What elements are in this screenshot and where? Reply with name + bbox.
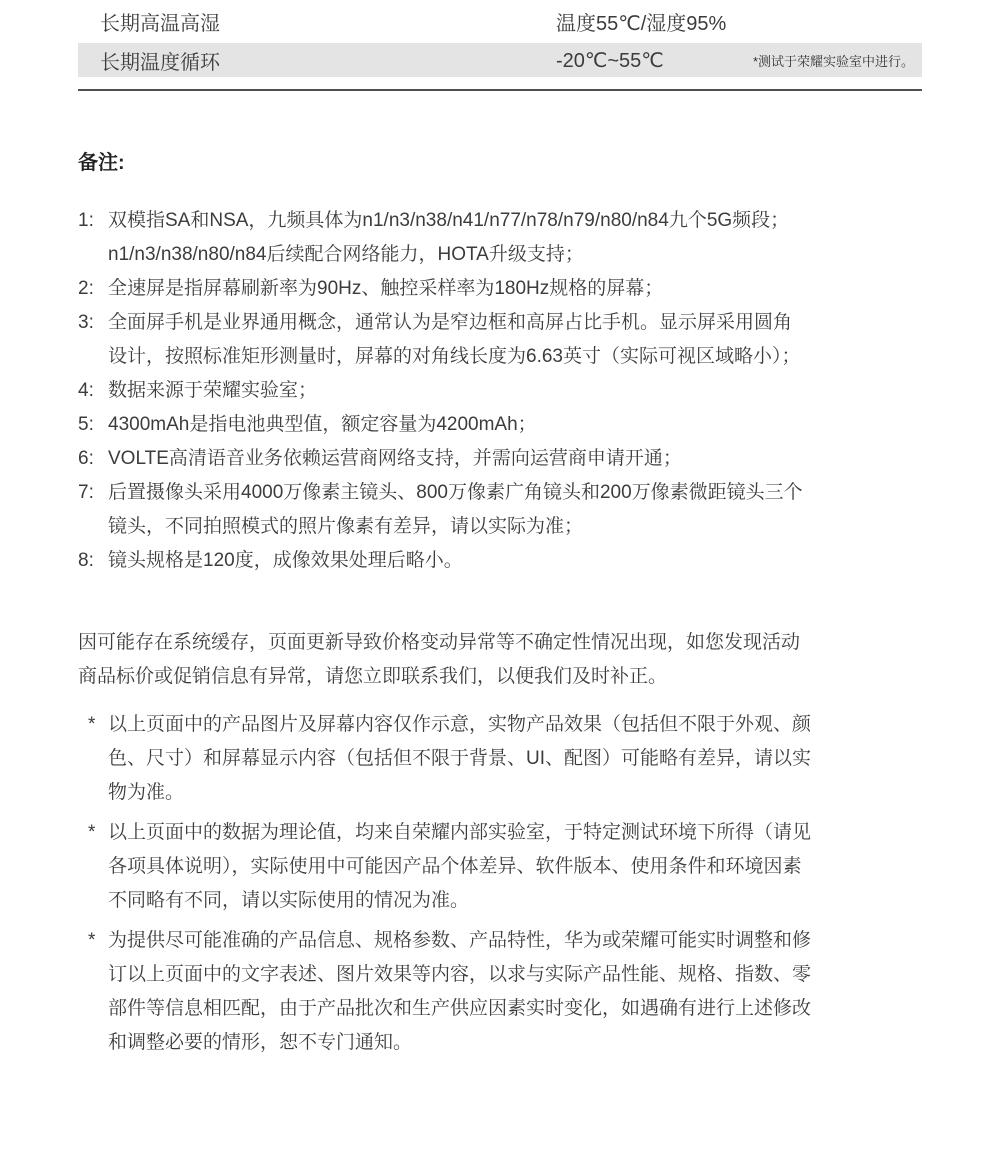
note-line: 全速屏是指屏幕刷新率为90Hz、触控采样率为180Hz规格的屏幕； [108, 272, 922, 306]
note-text: 全速屏是指屏幕刷新率为90Hz、触控采样率为180Hz规格的屏幕； [108, 272, 922, 306]
product-detail-page: 长期高温高湿 温度55℃/湿度95% 长期温度循环 -20℃~55℃ *测试于荣… [0, 0, 990, 1171]
note-number: 7: [78, 476, 108, 544]
note-item: 1: 双模指SA和NSA，九频具体为n1/n3/n38/n41/n77/n78/… [78, 204, 922, 272]
disclaimer-line: 因可能存在系统缓存，页面更新导致价格变动异常等不确定性情况出现，如您发现活动 [78, 626, 922, 660]
note-item: 8: 镜头规格是120度，成像效果处理后略小。 [78, 544, 922, 578]
note-number: 2: [78, 272, 108, 306]
starred-line: 不同略有不同，请以实际使用的情况为准。 [108, 884, 922, 918]
section-divider [78, 89, 922, 91]
note-line: 数据来源于荣耀实验室； [108, 374, 922, 408]
starred-text: 以上页面中的数据为理论值，均来自荣耀内部实验室，于特定测试环境下所得（请见 各项… [108, 816, 922, 918]
note-number: 1: [78, 204, 108, 272]
note-number: 5: [78, 408, 108, 442]
starred-text: 为提供尽可能准确的产品信息、规格参数、产品特性，华为或荣耀可能实时调整和修 订以… [108, 924, 922, 1060]
note-text: 4300mAh是指电池典型值，额定容量为4200mAh； [108, 408, 922, 442]
note-number: 8: [78, 544, 108, 578]
starred-line: 部件等信息相匹配，由于产品批次和生产供应因素实时变化，如遇确有进行上述修改 [108, 992, 922, 1026]
note-line: 镜头规格是120度，成像效果处理后略小。 [108, 544, 922, 578]
asterisk-bullet: * [88, 816, 108, 918]
spec-note: *测试于荣耀实验室中进行。 [753, 51, 922, 70]
note-text: 后置摄像头采用4000万像素主镜头、800万像素广角镜头和200万像素微距镜头三… [108, 476, 922, 544]
note-text: 镜头规格是120度，成像效果处理后略小。 [108, 544, 922, 578]
starred-item: * 以上页面中的数据为理论值，均来自荣耀内部实验室，于特定测试环境下所得（请见 … [78, 816, 922, 918]
starred-line: 以上页面中的数据为理论值，均来自荣耀内部实验室，于特定测试环境下所得（请见 [108, 816, 922, 850]
note-line: VOLTE高清语音业务依赖运营商网络支持，并需向运营商申请开通； [108, 442, 922, 476]
spec-value: -20℃~55℃ [556, 48, 664, 73]
note-text: 双模指SA和NSA，九频具体为n1/n3/n38/n41/n77/n78/n79… [108, 204, 922, 272]
starred-disclaimer-list: * 以上页面中的产品图片及屏幕内容仅作示意，实物产品效果（包括但不限于外观、颜 … [78, 708, 922, 1060]
environment-spec-table: 长期高温高湿 温度55℃/湿度95% 长期温度循环 -20℃~55℃ *测试于荣… [78, 0, 922, 77]
note-line: 镜头，不同拍照模式的照片像素有差异，请以实际为准； [108, 510, 922, 544]
note-line: 全面屏手机是业界通用概念，通常认为是窄边框和高屏占比手机。显示屏采用圆角 [108, 306, 922, 340]
starred-line: 各项具体说明），实际使用中可能因产品个体差异、软件版本、使用条件和环境因素 [108, 850, 922, 884]
notes-title: 备注: [78, 146, 922, 175]
starred-line: 为提供尽可能准确的产品信息、规格参数、产品特性，华为或荣耀可能实时调整和修 [108, 924, 922, 958]
disclaimer-line: 商品标价或促销信息有异常，请您立即联系我们，以便我们及时补正。 [78, 660, 922, 694]
note-number: 4: [78, 374, 108, 408]
note-item: 4: 数据来源于荣耀实验室； [78, 374, 922, 408]
spec-value: 温度55℃/湿度95% [556, 7, 726, 36]
note-line: n1/n3/n38/n80/n84后续配合网络能力，HOTA升级支持； [108, 238, 922, 272]
numbered-notes-list: 1: 双模指SA和NSA，九频具体为n1/n3/n38/n41/n77/n78/… [78, 204, 922, 578]
note-line: 设计，按照标准矩形测量时，屏幕的对角线长度为6.63英寸（实际可视区域略小）； [108, 340, 922, 374]
note-item: 2: 全速屏是指屏幕刷新率为90Hz、触控采样率为180Hz规格的屏幕； [78, 272, 922, 306]
starred-line: 以上页面中的产品图片及屏幕内容仅作示意，实物产品效果（包括但不限于外观、颜 [108, 708, 922, 742]
note-number: 6: [78, 442, 108, 476]
asterisk-bullet: * [88, 924, 108, 1060]
asterisk-bullet: * [88, 708, 108, 810]
starred-line: 订以上页面中的文字表述、图片效果等内容，以求与实际产品性能、规格、指数、零 [108, 958, 922, 992]
note-line: 后置摄像头采用4000万像素主镜头、800万像素广角镜头和200万像素微距镜头三… [108, 476, 922, 510]
starred-item: * 以上页面中的产品图片及屏幕内容仅作示意，实物产品效果（包括但不限于外观、颜 … [78, 708, 922, 810]
note-item: 5: 4300mAh是指电池典型值，额定容量为4200mAh； [78, 408, 922, 442]
note-item: 7: 后置摄像头采用4000万像素主镜头、800万像素广角镜头和200万像素微距… [78, 476, 922, 544]
price-disclaimer-paragraph: 因可能存在系统缓存，页面更新导致价格变动异常等不确定性情况出现，如您发现活动 商… [78, 626, 922, 694]
note-line: 4300mAh是指电池典型值，额定容量为4200mAh； [108, 408, 922, 442]
notes-section: 备注: 1: 双模指SA和NSA，九频具体为n1/n3/n38/n41/n77/… [0, 146, 990, 1060]
note-number: 3: [78, 306, 108, 374]
note-item: 6: VOLTE高清语音业务依赖运营商网络支持，并需向运营商申请开通； [78, 442, 922, 476]
note-text: VOLTE高清语音业务依赖运营商网络支持，并需向运营商申请开通； [108, 442, 922, 476]
table-row: 长期温度循环 -20℃~55℃ *测试于荣耀实验室中进行。 [78, 43, 922, 77]
spec-label: 长期高温高湿 [78, 7, 556, 36]
spec-label: 长期温度循环 [78, 46, 556, 75]
starred-item: * 为提供尽可能准确的产品信息、规格参数、产品特性，华为或荣耀可能实时调整和修 … [78, 924, 922, 1060]
starred-line: 物为准。 [108, 776, 922, 810]
starred-text: 以上页面中的产品图片及屏幕内容仅作示意，实物产品效果（包括但不限于外观、颜 色、… [108, 708, 922, 810]
note-line: 双模指SA和NSA，九频具体为n1/n3/n38/n41/n77/n78/n79… [108, 204, 922, 238]
note-text: 全面屏手机是业界通用概念，通常认为是窄边框和高屏占比手机。显示屏采用圆角 设计，… [108, 306, 922, 374]
note-item: 3: 全面屏手机是业界通用概念，通常认为是窄边框和高屏占比手机。显示屏采用圆角 … [78, 306, 922, 374]
starred-line: 色、尺寸）和屏幕显示内容（包括但不限于背景、UI、配图）可能略有差异，请以实 [108, 742, 922, 776]
table-row: 长期高温高湿 温度55℃/湿度95% [78, 0, 922, 43]
note-text: 数据来源于荣耀实验室； [108, 374, 922, 408]
starred-line: 和调整必要的情形，恕不专门通知。 [108, 1026, 922, 1060]
